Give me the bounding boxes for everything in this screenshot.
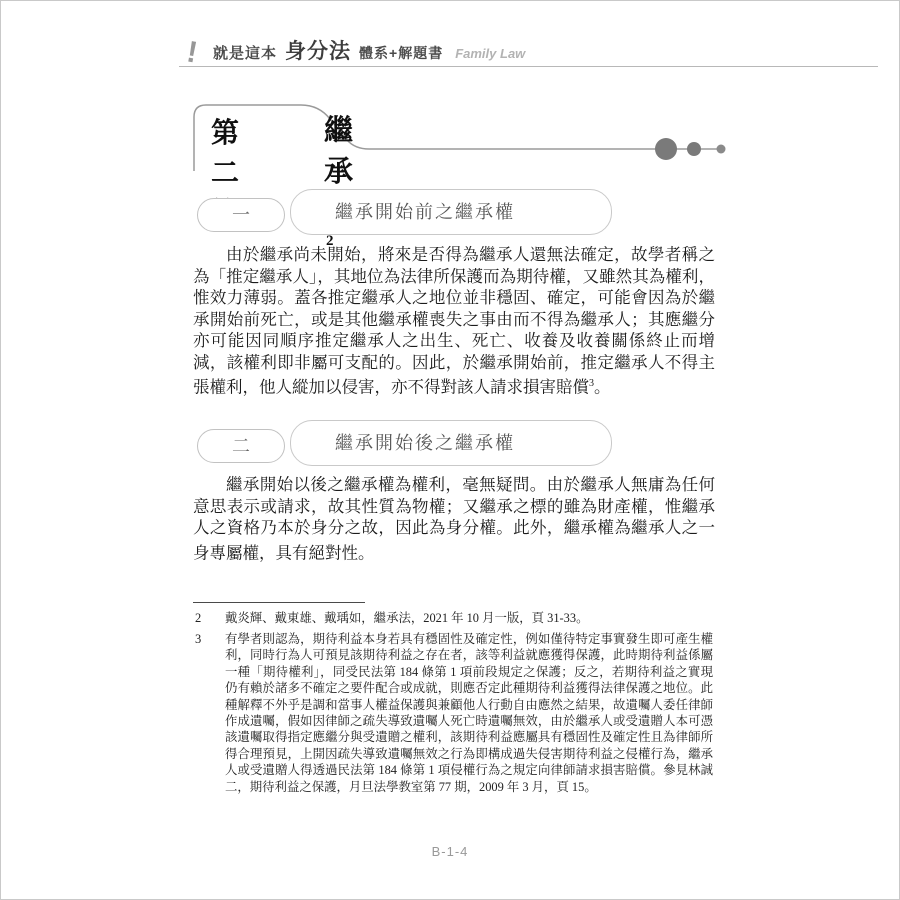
header-series-label: 就是這本: [213, 45, 277, 62]
paragraph-text: 繼承開始以後之繼承權為權利，毫無疑問。由於繼承人無庸為任何意思表示或請求，故其性…: [193, 475, 715, 562]
accent-dot-large: [655, 138, 677, 160]
paragraph-text: 由於繼承尚未開始，將來是否得為繼承人還無法確定，故學者稱之為「推定繼承人」，其地…: [193, 245, 715, 397]
footnote-3: 3 有學者則認為，期待利益本身若具有穩固性及確定性，例如僅待特定事實發生即可產生…: [195, 631, 713, 795]
subsection-header-1: 繼承開始前之繼承權 一: [193, 189, 793, 237]
paragraph-tail: 。: [594, 378, 611, 397]
header-subject-label: 身分法: [285, 40, 351, 63]
page-header: ! 就是這本 身分法 體系+解題書 Family Law: [187, 35, 525, 67]
header-rule: [179, 66, 878, 67]
subsection-number-pill: 一: [197, 198, 285, 232]
subsection-title: 繼承開始前之繼承權: [290, 189, 612, 235]
footnote-number: 2: [195, 610, 225, 626]
section-title: 繼承權2: [324, 108, 357, 264]
accent-dot-small: [717, 145, 726, 154]
subsection-header-2: 繼承開始後之繼承權 二: [193, 420, 793, 468]
footnote-number: 3: [195, 631, 225, 795]
section-tab-outline: [189, 99, 737, 175]
subsection-number-pill: 二: [197, 429, 285, 463]
body-paragraph-1: 由於繼承尚未開始，將來是否得為繼承人還無法確定，故學者稱之為「推定繼承人」，其地…: [193, 244, 715, 398]
page-number: B-1-4: [1, 844, 899, 859]
footnote-text: 有學者則認為，期待利益本身若具有穩固性及確定性，例如僅待特定事實發生即可產生權利…: [225, 631, 713, 795]
subsection-title: 繼承開始後之繼承權: [290, 420, 612, 466]
footnote-text: 戴炎輝、戴東雄、戴瑀如，繼承法，2021 年 10 月一版，頁 31-33。: [225, 610, 713, 626]
header-english-label: Family Law: [455, 46, 525, 61]
footnote-2: 2 戴炎輝、戴東雄、戴瑀如，繼承法，2021 年 10 月一版，頁 31-33。: [195, 610, 713, 626]
body-paragraph-2: 繼承開始以後之繼承權為權利，毫無疑問。由於繼承人無庸為任何意思表示或請求，故其性…: [193, 474, 715, 564]
book-page: ! 就是這本 身分法 體系+解題書 Family Law 第二節 繼承權2 繼承…: [0, 0, 900, 900]
accent-dot-medium: [687, 142, 701, 156]
header-format-label: 體系+解題書: [359, 45, 443, 61]
footnotes-divider: [193, 602, 365, 603]
